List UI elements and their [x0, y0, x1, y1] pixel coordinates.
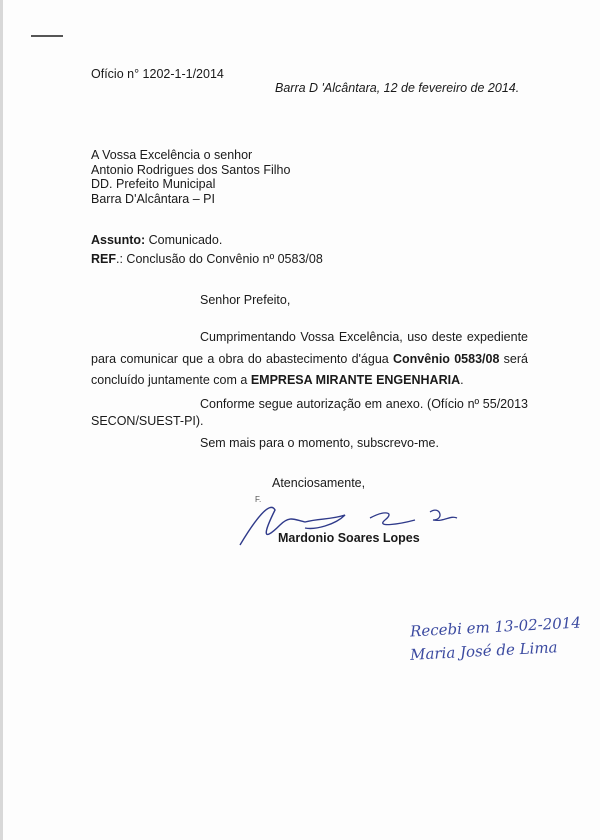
ref-label: REF	[91, 252, 116, 266]
receipt-signature-handwritten: Maria José de Lima	[410, 638, 558, 664]
margin-dash	[31, 35, 63, 37]
recipient-block: A Vossa Excelência o senhor Antonio Rodr…	[91, 148, 290, 206]
convenio-bold: Convênio 0583/08	[393, 352, 499, 366]
ref-text: .: Conclusão do Convênio nº 0583/08	[116, 252, 323, 266]
paragraph-1-line-3: concluído juntamente com a EMPRESA MIRAN…	[91, 373, 464, 387]
subject-label: Assunto:	[91, 233, 145, 247]
ref-line: REF.: Conclusão do Convênio nº 0583/08	[91, 252, 323, 266]
paragraph-2-line-2: SECON/SUEST-PI).	[91, 414, 204, 428]
paragraph-3: Sem mais para o momento, subscrevo-me.	[200, 436, 439, 450]
recipient-line: Antonio Rodrigues dos Santos Filho	[91, 163, 290, 178]
subject-line: Assunto: Comunicado.	[91, 233, 222, 247]
recipient-line: A Vossa Excelência o senhor	[91, 148, 290, 163]
recipient-line: DD. Prefeito Municipal	[91, 177, 290, 192]
signature-scribble: F.	[235, 490, 465, 560]
receipt-date-handwritten: Recebi em 13-02-2014	[410, 614, 582, 641]
signer-name: Mardonio Soares Lopes	[278, 531, 420, 545]
text-run: .	[460, 373, 463, 387]
svg-text:F.: F.	[255, 495, 261, 504]
company-bold: EMPRESA MIRANTE ENGENHARIA	[251, 373, 460, 387]
text-run: concluído juntamente com a	[91, 373, 251, 387]
paragraph-1-line-1: Cumprimentando Vossa Excelência, uso des…	[200, 330, 528, 344]
salutation: Senhor Prefeito,	[200, 293, 290, 307]
text-run: para comunicar que a obra do abastecimen…	[91, 352, 393, 366]
text-run: será	[499, 352, 528, 366]
paragraph-2-line-1: Conforme segue autorização em anexo. (Of…	[200, 397, 528, 411]
recipient-line: Barra D'Alcântara – PI	[91, 192, 290, 207]
closing-greeting: Atenciosamente,	[272, 476, 365, 490]
scan-edge	[0, 0, 3, 840]
oficio-number: Ofício n° 1202-1-1/2014	[91, 67, 224, 81]
subject-text: Comunicado.	[145, 233, 222, 247]
place-date: Barra D 'Alcântara, 12 de fevereiro de 2…	[275, 81, 519, 95]
paragraph-1-line-2: para comunicar que a obra do abastecimen…	[91, 352, 528, 366]
